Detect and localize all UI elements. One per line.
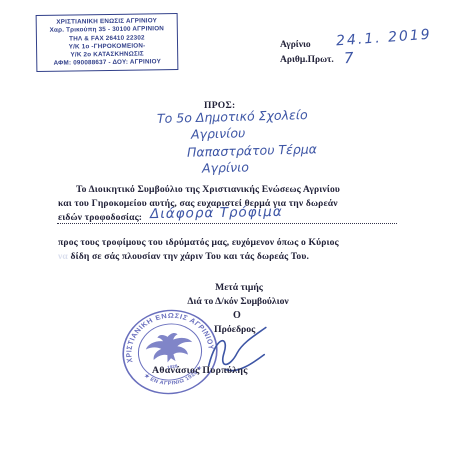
scanned-letter-page: ΧΡΙΣΤΙΑΝΙΚΗ ΕΝΩΣΙΣ ΑΓΡΙΝΙΟΥ Χαρ. Τρικούπ… bbox=[0, 0, 453, 453]
seal-eagle-emblem-icon bbox=[144, 330, 195, 365]
date-handwritten: 24.1. 2019 bbox=[336, 27, 433, 50]
president-name: Αθανάσιος Πυρπύλης bbox=[152, 365, 248, 376]
recipient-line-city: Αγρίνιο bbox=[202, 159, 249, 175]
recipient-line-street: Παπαστράτου Τέρμα bbox=[187, 141, 317, 159]
place-label: Αγρίνιο bbox=[280, 40, 311, 50]
letterhead-stamp: ΧΡΙΣΤΙΑΝΙΚΗ ΕΝΩΣΙΣ ΑΓΡΙΝΙΟΥ Χαρ. Τρικούπ… bbox=[36, 13, 179, 72]
protocol-label: Αριθμ.Πρωτ. bbox=[280, 55, 334, 65]
protocol-number-handwritten: 7 bbox=[344, 49, 354, 67]
body-faded-word: να bbox=[58, 251, 68, 262]
body-line-5-text: δίδη σε σάς πλουσίαν την χάριν Του και τ… bbox=[71, 251, 310, 262]
recipient-line-school: Το 5ο Δημοτικό Σχολείο bbox=[157, 107, 308, 126]
closing-regards: Μετά τιμής bbox=[197, 282, 281, 293]
body-line-5: να δίδη σε σάς πλουσίαν την χάριν Του κα… bbox=[58, 251, 309, 262]
dotted-fill-line bbox=[57, 213, 397, 224]
closing-article: Ο bbox=[233, 310, 241, 321]
body-line-4: προς τους τροφίμους του ιδρύματός μας, ε… bbox=[58, 237, 339, 248]
body-line-1: Το Διοικητικό Συμβούλιο της Χριστιανικής… bbox=[76, 184, 340, 195]
letterhead-tax-info: ΑΦΜ: 090088637 - ΔΟΥ: ΑΓΡΙΝΙΟΥ bbox=[39, 59, 175, 69]
recipient-line-city-of: Αγρινίου bbox=[191, 125, 246, 141]
